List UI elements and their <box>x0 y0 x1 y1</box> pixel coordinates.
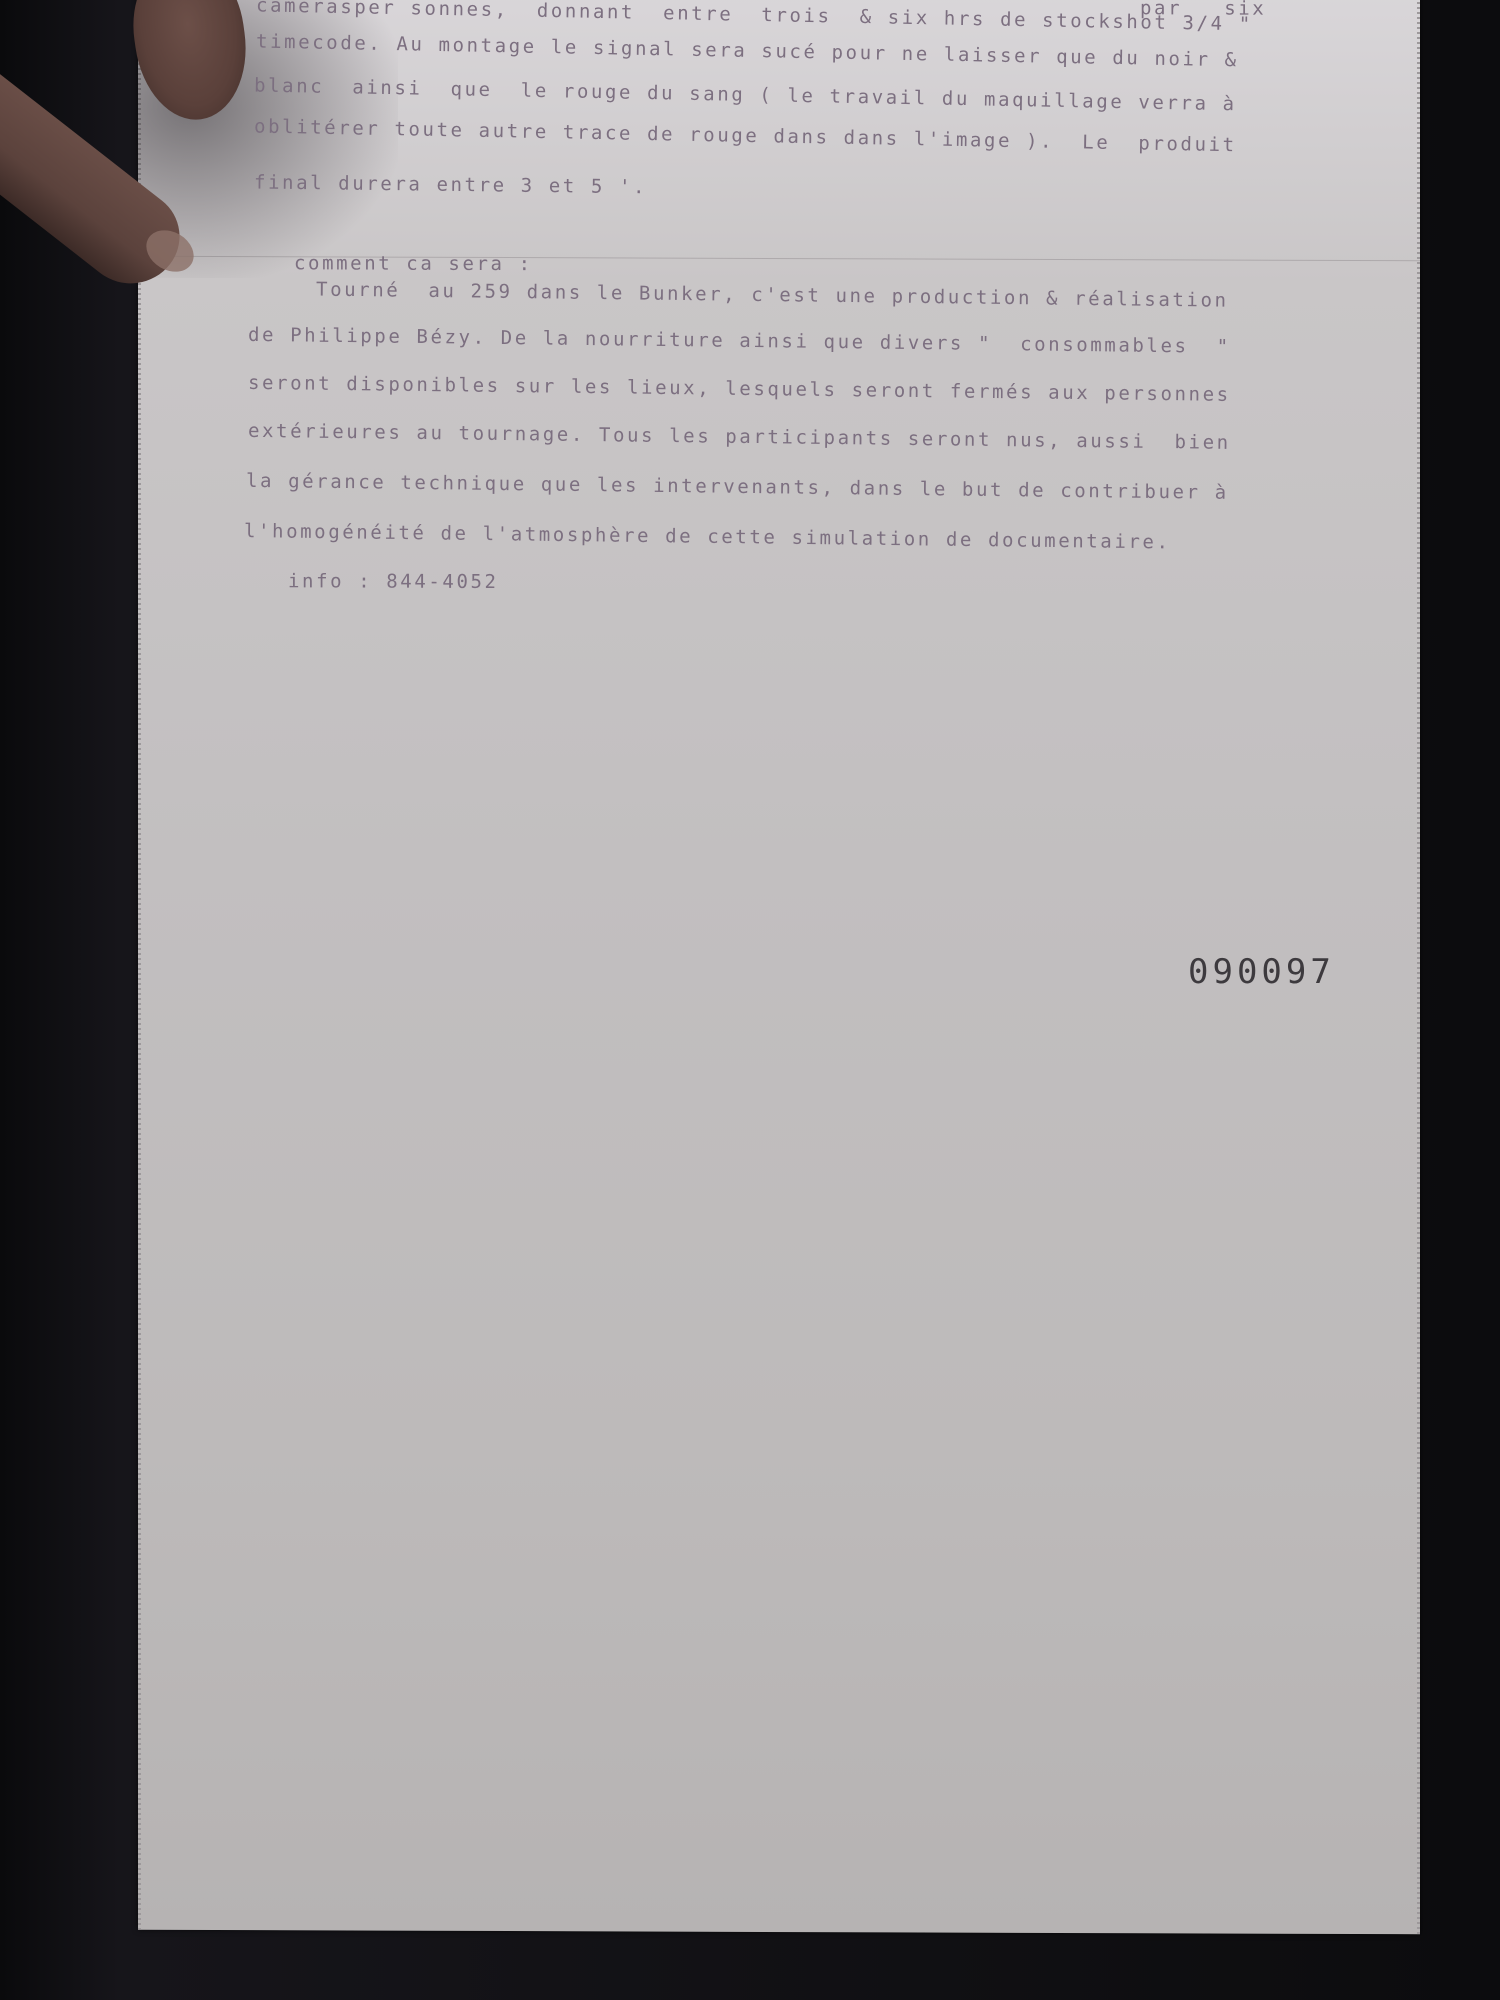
stamp-number: 090097 <box>1188 952 1335 992</box>
text-line: oblitérer toute autre trace de rouge dan… <box>254 115 1237 156</box>
text-line: seront disponibles sur les lieux, lesque… <box>248 372 1231 406</box>
text-line: l'homogénéité de l'atmosphère de cette s… <box>244 520 1171 553</box>
text-line: blanc ainsi que le rouge du sang ( le tr… <box>254 74 1237 115</box>
section-heading: comment ca sera : <box>294 252 533 275</box>
left-perforation-edge <box>138 0 141 1930</box>
text-line: extérieures au tournage. Tous les partic… <box>248 420 1231 454</box>
text-line: la gérance technique que les intervenant… <box>246 470 1229 504</box>
info-line: info : 844-4052 <box>288 570 499 593</box>
text-line: camerasper sonnes, donnant entre trois &… <box>256 0 1253 35</box>
text-line: timecode. Au montage le signal sera sucé… <box>256 30 1239 71</box>
text-line: Tourné au 259 dans le Bunker, c'est une … <box>288 278 1229 311</box>
right-perforation-edge <box>1417 0 1420 1934</box>
text-line: de Philippe Bézy. De la nourriture ainsi… <box>248 324 1231 358</box>
